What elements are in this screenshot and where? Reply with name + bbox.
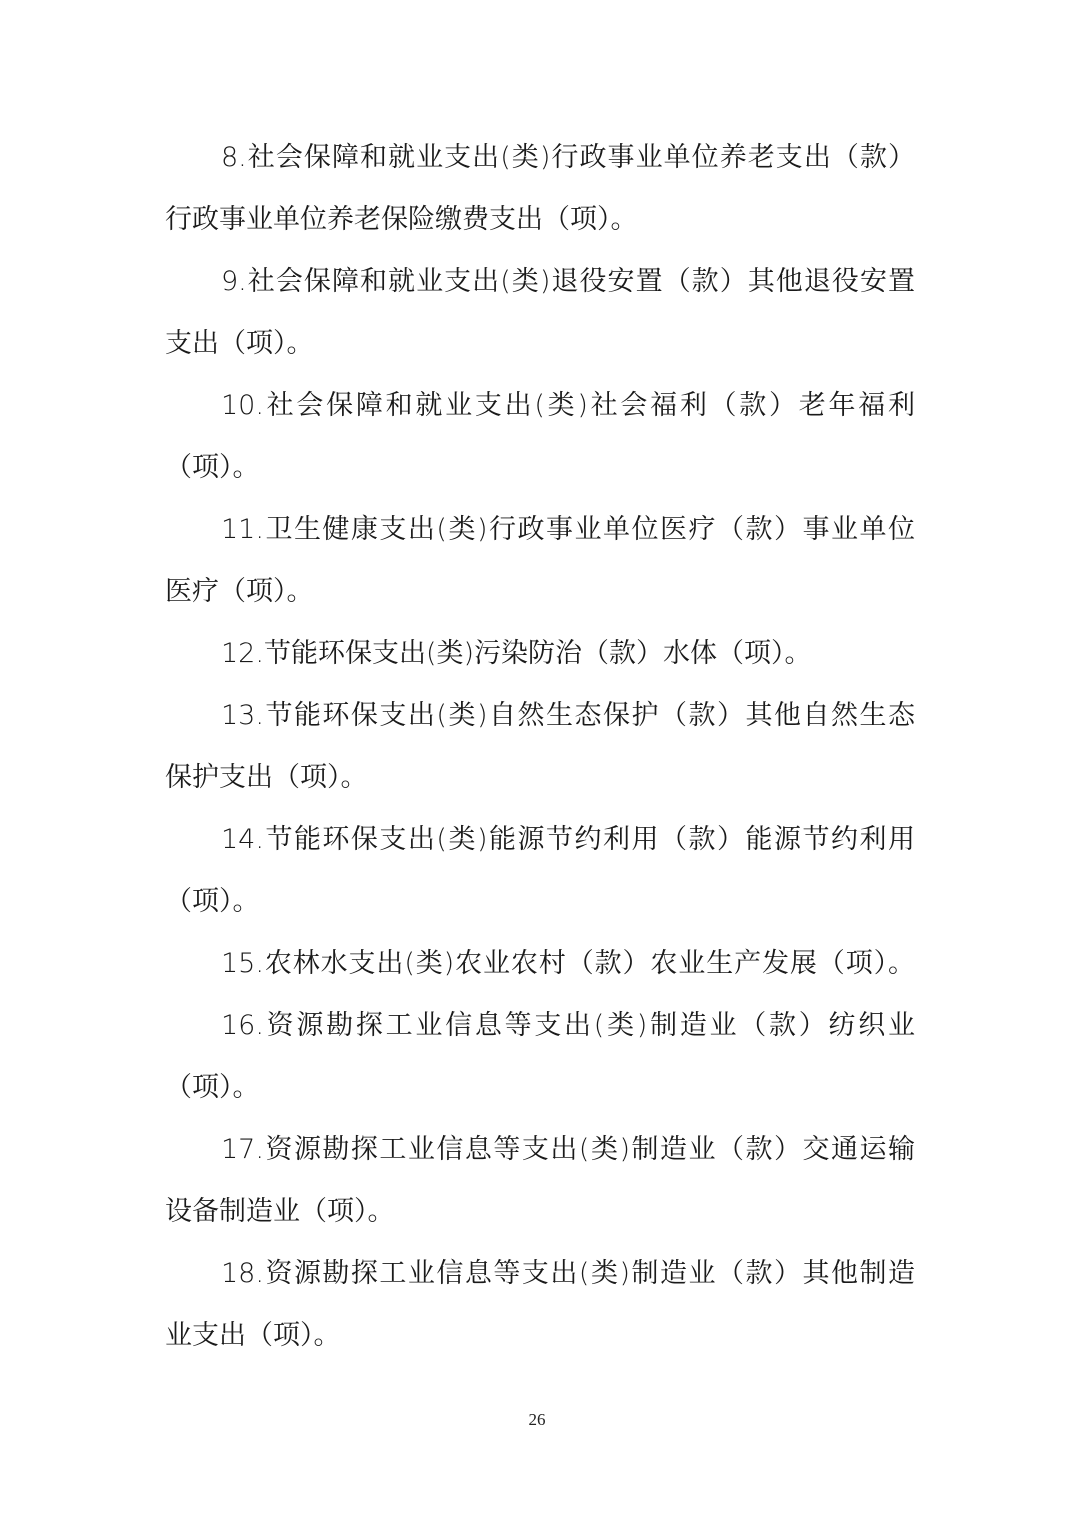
page-number: 26 bbox=[0, 1410, 1074, 1430]
paragraph-item-10: 10.社会保障和就业支出(类)社会福利（款）老年福利 （项）。 bbox=[165, 375, 915, 499]
paragraph-item-11: 11.卫生健康支出(类)行政事业单位医疗（款）事业单位 医疗（项）。 bbox=[165, 499, 915, 623]
paragraph-line: 医疗（项）。 bbox=[165, 561, 915, 623]
paragraph-item-12: 12.节能环保支出(类)污染防治（款）水体（项）。 bbox=[165, 623, 915, 685]
paragraph-item-17: 17.资源勘探工业信息等支出(类)制造业（款）交通运输 设备制造业（项）。 bbox=[165, 1119, 915, 1243]
paragraph-line: 14.节能环保支出(类)能源节约利用（款）能源节约利用 bbox=[165, 809, 915, 871]
document-body: 8.社会保障和就业支出(类)行政事业单位养老支出（款） 行政事业单位养老保险缴费… bbox=[165, 127, 915, 1367]
paragraph-line: （项）。 bbox=[165, 871, 915, 933]
paragraph-line: 保护支出（项）。 bbox=[165, 747, 915, 809]
paragraph-line: 8.社会保障和就业支出(类)行政事业单位养老支出（款） bbox=[165, 127, 915, 189]
paragraph-line: 支出（项）。 bbox=[165, 313, 915, 375]
paragraph-line: 10.社会保障和就业支出(类)社会福利（款）老年福利 bbox=[165, 375, 915, 437]
paragraph-line: 设备制造业（项）。 bbox=[165, 1181, 915, 1243]
paragraph-item-9: 9.社会保障和就业支出(类)退役安置（款）其他退役安置 支出（项）。 bbox=[165, 251, 915, 375]
paragraph-line: （项）。 bbox=[165, 437, 915, 499]
paragraph-item-18: 18.资源勘探工业信息等支出(类)制造业（款）其他制造 业支出（项）。 bbox=[165, 1243, 915, 1367]
paragraph-line: 18.资源勘探工业信息等支出(类)制造业（款）其他制造 bbox=[165, 1243, 915, 1305]
paragraph-item-15: 15.农林水支出(类)农业农村（款）农业生产发展（项）。 bbox=[165, 933, 915, 995]
paragraph-line: 12.节能环保支出(类)污染防治（款）水体（项）。 bbox=[165, 623, 915, 685]
paragraph-item-8: 8.社会保障和就业支出(类)行政事业单位养老支出（款） 行政事业单位养老保险缴费… bbox=[165, 127, 915, 251]
paragraph-line: 业支出（项）。 bbox=[165, 1305, 915, 1367]
paragraph-item-13: 13.节能环保支出(类)自然生态保护（款）其他自然生态 保护支出（项）。 bbox=[165, 685, 915, 809]
paragraph-line: 15.农林水支出(类)农业农村（款）农业生产发展（项）。 bbox=[165, 933, 915, 995]
paragraph-line: 13.节能环保支出(类)自然生态保护（款）其他自然生态 bbox=[165, 685, 915, 747]
paragraph-line: 17.资源勘探工业信息等支出(类)制造业（款）交通运输 bbox=[165, 1119, 915, 1181]
paragraph-item-14: 14.节能环保支出(类)能源节约利用（款）能源节约利用 （项）。 bbox=[165, 809, 915, 933]
paragraph-line: （项）。 bbox=[165, 1057, 915, 1119]
paragraph-item-16: 16.资源勘探工业信息等支出(类)制造业（款）纺织业 （项）。 bbox=[165, 995, 915, 1119]
paragraph-line: 9.社会保障和就业支出(类)退役安置（款）其他退役安置 bbox=[165, 251, 915, 313]
paragraph-line: 16.资源勘探工业信息等支出(类)制造业（款）纺织业 bbox=[165, 995, 915, 1057]
paragraph-line: 11.卫生健康支出(类)行政事业单位医疗（款）事业单位 bbox=[165, 499, 915, 561]
document-page: 8.社会保障和就业支出(类)行政事业单位养老支出（款） 行政事业单位养老保险缴费… bbox=[0, 0, 1074, 1520]
paragraph-line: 行政事业单位养老保险缴费支出（项）。 bbox=[165, 189, 915, 251]
